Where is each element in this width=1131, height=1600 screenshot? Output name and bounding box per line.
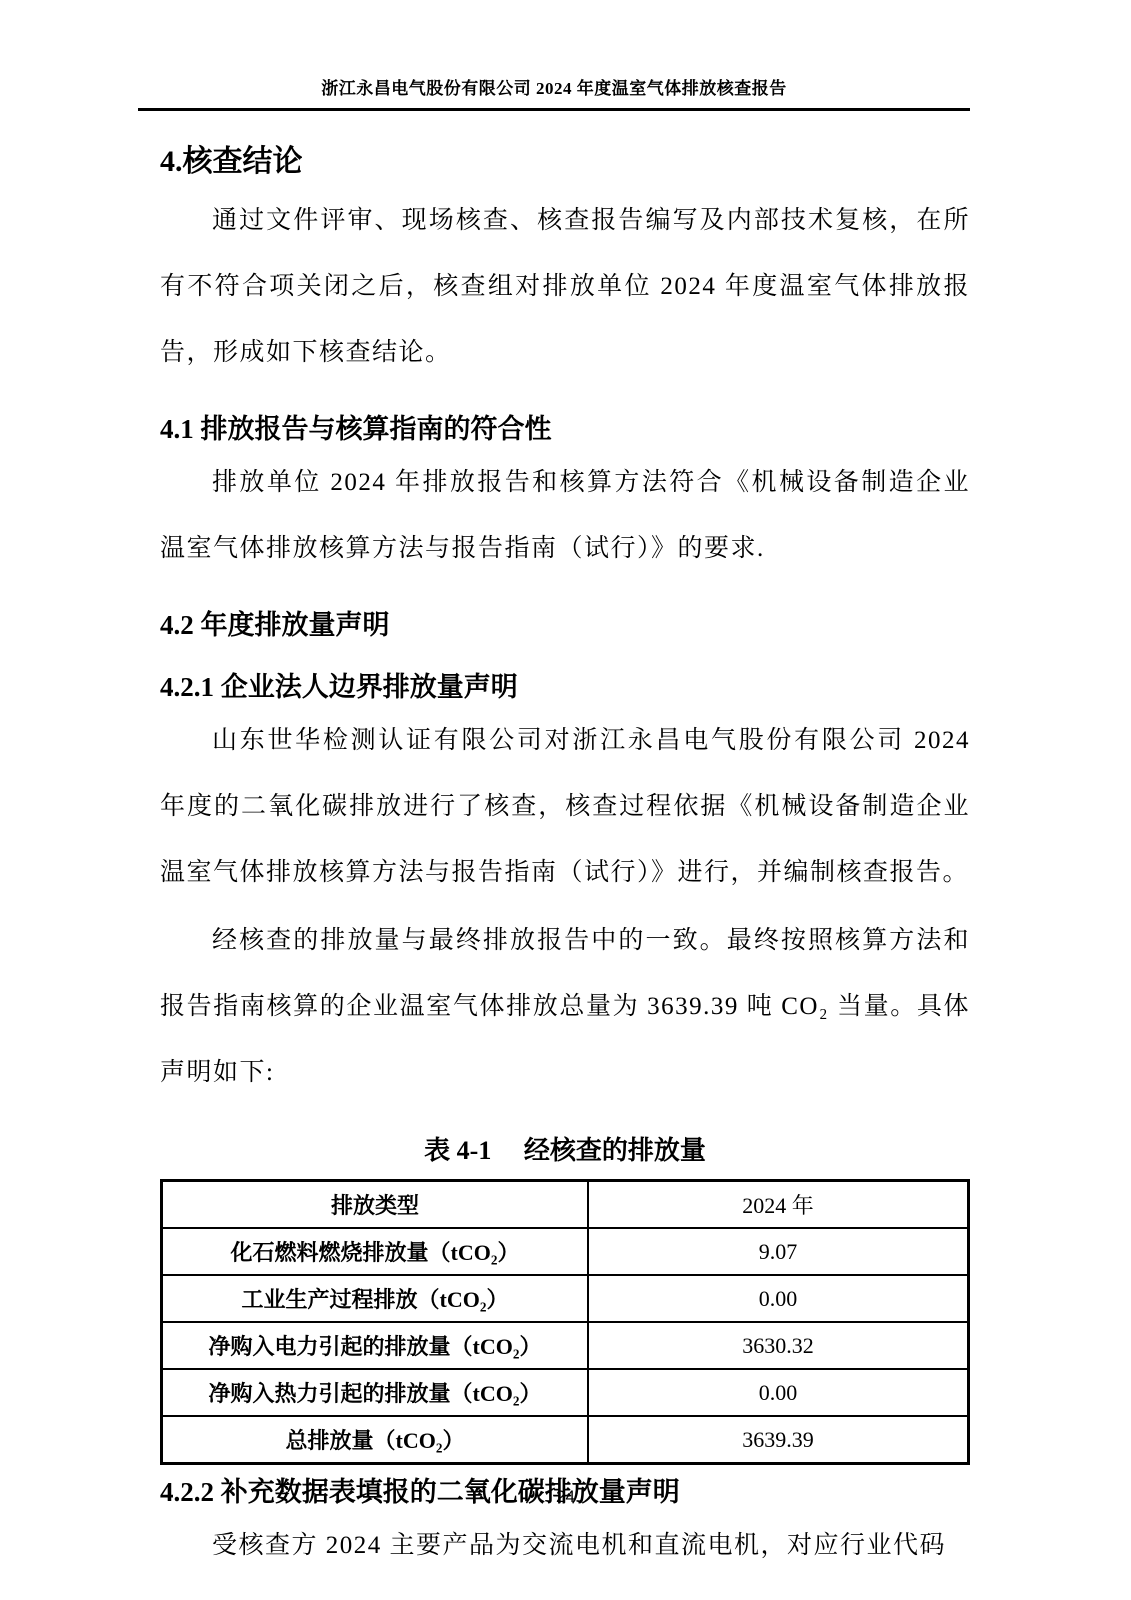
section-4-heading: 4.核查结论 [160, 142, 970, 182]
document-page: 浙江永昌电气股份有限公司 2024 年度温室气体排放核查报告 4.核查结论 通过… [0, 0, 1131, 1600]
table-row: 化石燃料燃烧排放量（tCO₂） 9.07 [162, 1228, 969, 1275]
section-4-1-paragraph: 排放单位 2024 年排放报告和核算方法符合《机械设备制造企业温室气体排放核算方… [160, 450, 970, 582]
row-purchased-heat-value: 0.00 [588, 1369, 969, 1416]
page-number: 24 [0, 1487, 1131, 1507]
table-header-emission-type: 排放类型 [162, 1181, 589, 1229]
verified-emissions-table: 排放类型 2024 年 化石燃料燃烧排放量（tCO₂） 9.07 工业生产过程排… [160, 1179, 970, 1465]
table-row: 净购入电力引起的排放量（tCO₂） 3630.32 [162, 1322, 969, 1369]
section-4-paragraph: 通过文件评审、现场核查、核查报告编写及内部技术复核，在所有不符合项关闭之后，核查… [160, 188, 970, 386]
row-fossil-fuel-value: 9.07 [588, 1228, 969, 1275]
section-4-2-1-paragraph-1: 山东世华检测认证有限公司对浙江永昌电气股份有限公司 2024 年度的二氧化碳排放… [160, 708, 970, 906]
row-purchased-electricity-label: 净购入电力引起的排放量（tCO₂） [162, 1322, 589, 1369]
section-4-2-1-heading: 4.2.1 企业法人边界排放量声明 [160, 668, 970, 706]
row-purchased-heat-label: 净购入热力引起的排放量（tCO₂） [162, 1369, 589, 1416]
row-total-emissions-value: 3639.39 [588, 1416, 969, 1464]
section-4-1-heading: 4.1 排放报告与核算指南的符合性 [160, 410, 970, 448]
page-content: 4.核查结论 通过文件评审、现场核查、核查报告编写及内部技术复核，在所有不符合项… [160, 116, 970, 1579]
row-purchased-electricity-value: 3630.32 [588, 1322, 969, 1369]
row-industrial-process-label: 工业生产过程排放（tCO₂） [162, 1275, 589, 1322]
table-4-1-title: 表 4-1 经核查的排放量 [160, 1130, 970, 1167]
table-row: 总排放量（tCO₂） 3639.39 [162, 1416, 969, 1464]
row-fossil-fuel-label: 化石燃料燃烧排放量（tCO₂） [162, 1228, 589, 1275]
section-4-2-heading: 4.2 年度排放量声明 [160, 606, 970, 644]
running-header: 浙江永昌电气股份有限公司 2024 年度温室气体排放核查报告 [138, 74, 970, 111]
section-4-2-1-paragraph-2: 经核查的排放量与最终排放报告中的一致。最终按照核算方法和报告指南核算的企业温室气… [160, 908, 970, 1106]
row-total-emissions-label: 总排放量（tCO₂） [162, 1416, 589, 1464]
row-industrial-process-value: 0.00 [588, 1275, 969, 1322]
table-row: 净购入热力引起的排放量（tCO₂） 0.00 [162, 1369, 969, 1416]
table-row: 工业生产过程排放（tCO₂） 0.00 [162, 1275, 969, 1322]
section-4-2-2-paragraph: 受核查方 2024 主要产品为交流电机和直流电机，对应行业代码 [160, 1513, 970, 1579]
running-header-title: 浙江永昌电气股份有限公司 2024 年度温室气体排放核查报告 [138, 74, 970, 99]
table-header-row: 排放类型 2024 年 [162, 1181, 969, 1229]
table-header-year-2024: 2024 年 [588, 1181, 969, 1229]
